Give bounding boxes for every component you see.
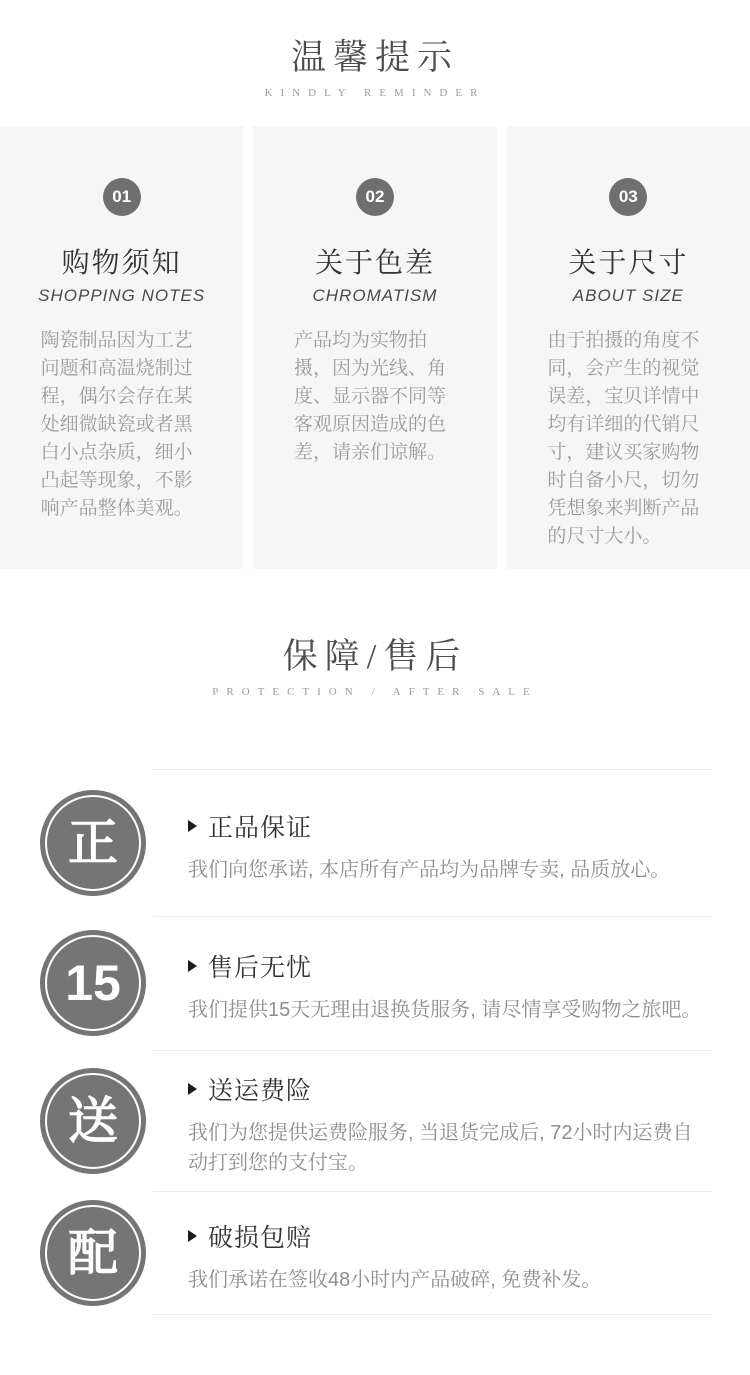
arrow-right-icon bbox=[188, 1230, 197, 1242]
guarantee-body: 我们为您提供运费险服务, 当退货完成后, 72小时内运费自动打到您的支付宝。 bbox=[188, 1118, 712, 1178]
badge-glyph: 15 bbox=[65, 958, 121, 1008]
guarantee-row-authentic: 正 正品保证 我们向您承诺, 本店所有产品均为品牌专卖, 品质放心。 bbox=[0, 769, 750, 916]
notice-column-body: 陶瓷制品因为工艺问题和高温烧制过程，偶尔会存在某处细微缺瓷或者黑白小点杂质，细小… bbox=[41, 327, 203, 523]
guarantee-row-freight-insurance: 送 送运费险 我们为您提供运费险服务, 当退货完成后, 72小时内运费自动打到您… bbox=[0, 1050, 750, 1191]
notice-columns: 01 购物须知 SHOPPING NOTES 陶瓷制品因为工艺问题和高温烧制过程… bbox=[0, 126, 750, 569]
notice-column-body: 产品均为实物拍摄，因为光线、角度、显示器不同等客观原因造成的色差，请亲们谅解。 bbox=[294, 327, 456, 467]
number-badge-02: 02 bbox=[356, 178, 394, 216]
notice-column-title: 关于色差 bbox=[253, 241, 496, 281]
guarantee-title: 破损包赔 bbox=[208, 1218, 312, 1254]
guarantee-title: 送运费险 bbox=[208, 1071, 312, 1107]
badge-cell: 送 bbox=[0, 1050, 153, 1191]
bottom-divider bbox=[153, 1314, 712, 1315]
guarantee-row-aftersale: 15 售后无忧 我们提供15天无理由退换货服务, 请尽情享受购物之旅吧。 bbox=[0, 916, 750, 1050]
guarantee-title-row: 送运费险 bbox=[188, 1071, 712, 1107]
notice-column-subtitle: ABOUT SIZE bbox=[507, 286, 750, 306]
reminder-subtitle: KINDLY REMINDER bbox=[0, 87, 750, 99]
product-detail-notice-page: 温馨提示 KINDLY REMINDER 01 购物须知 SHOPPING NO… bbox=[0, 0, 750, 1375]
badge-cell: 15 bbox=[0, 916, 153, 1050]
arrow-right-icon bbox=[188, 1083, 197, 1095]
guarantee-title: 售后无忧 bbox=[208, 948, 312, 984]
guarantee-title-row: 破损包赔 bbox=[188, 1218, 712, 1254]
protection-title: 保障/售后 bbox=[0, 629, 750, 679]
guarantee-body: 我们承诺在签收48小时内产品破碎, 免费补发。 bbox=[188, 1265, 712, 1295]
fifteen-days-badge-icon: 15 bbox=[40, 930, 146, 1036]
guarantee-row-breakage: 配 破损包赔 我们承诺在签收48小时内产品破碎, 免费补发。 bbox=[0, 1191, 750, 1314]
authentic-badge-icon: 正 bbox=[40, 790, 146, 896]
guarantee-content: 送运费险 我们为您提供运费险服务, 当退货完成后, 72小时内运费自动打到您的支… bbox=[153, 1050, 712, 1191]
notice-column-subtitle: CHROMATISM bbox=[253, 286, 496, 306]
guarantee-content: 破损包赔 我们承诺在签收48小时内产品破碎, 免费补发。 bbox=[153, 1191, 712, 1314]
protection-subtitle: PROTECTION / AFTER SALE bbox=[0, 686, 750, 698]
badge-glyph: 配 bbox=[68, 1228, 118, 1278]
notice-column-about-size: 03 关于尺寸 ABOUT SIZE 由于拍摄的角度不同，会产生的视觉误差，宝贝… bbox=[507, 126, 750, 569]
badge-cell: 正 bbox=[0, 769, 153, 916]
guarantee-body: 我们向您承诺, 本店所有产品均为品牌专卖, 品质放心。 bbox=[188, 855, 712, 885]
protection-section-header: 保障/售后 PROTECTION / AFTER SALE bbox=[0, 629, 750, 698]
notice-column-title: 购物须知 bbox=[0, 241, 243, 281]
guarantee-title-row: 正品保证 bbox=[188, 808, 712, 844]
guarantee-content: 售后无忧 我们提供15天无理由退换货服务, 请尽情享受购物之旅吧。 bbox=[153, 916, 712, 1050]
notice-column-shopping-notes: 01 购物须知 SHOPPING NOTES 陶瓷制品因为工艺问题和高温烧制过程… bbox=[0, 126, 243, 569]
reminder-section-header: 温馨提示 KINDLY REMINDER bbox=[0, 0, 750, 99]
guarantee-title: 正品保证 bbox=[208, 808, 312, 844]
notice-column-chromatism: 02 关于色差 CHROMATISM 产品均为实物拍摄，因为光线、角度、显示器不… bbox=[253, 126, 496, 569]
guarantee-rows: 正 正品保证 我们向您承诺, 本店所有产品均为品牌专卖, 品质放心。 15 bbox=[0, 769, 750, 1315]
guarantee-title-row: 售后无忧 bbox=[188, 948, 712, 984]
arrow-right-icon bbox=[188, 960, 197, 972]
guarantee-content: 正品保证 我们向您承诺, 本店所有产品均为品牌专卖, 品质放心。 bbox=[153, 769, 712, 916]
reminder-title: 温馨提示 bbox=[0, 30, 750, 80]
breakage-badge-icon: 配 bbox=[40, 1200, 146, 1306]
badge-cell: 配 bbox=[0, 1191, 153, 1314]
badge-glyph: 送 bbox=[68, 1096, 118, 1146]
notice-column-title: 关于尺寸 bbox=[507, 241, 750, 281]
freight-badge-icon: 送 bbox=[40, 1068, 146, 1174]
guarantee-body: 我们提供15天无理由退换货服务, 请尽情享受购物之旅吧。 bbox=[188, 995, 712, 1025]
badge-glyph: 正 bbox=[68, 818, 118, 868]
arrow-right-icon bbox=[188, 820, 197, 832]
number-badge-03: 03 bbox=[609, 178, 647, 216]
notice-column-body: 由于拍摄的角度不同，会产生的视觉误差，宝贝详情中均有详细的代销尺寸，建议买家购物… bbox=[547, 327, 709, 551]
notice-column-subtitle: SHOPPING NOTES bbox=[0, 286, 243, 306]
number-badge-01: 01 bbox=[103, 178, 141, 216]
